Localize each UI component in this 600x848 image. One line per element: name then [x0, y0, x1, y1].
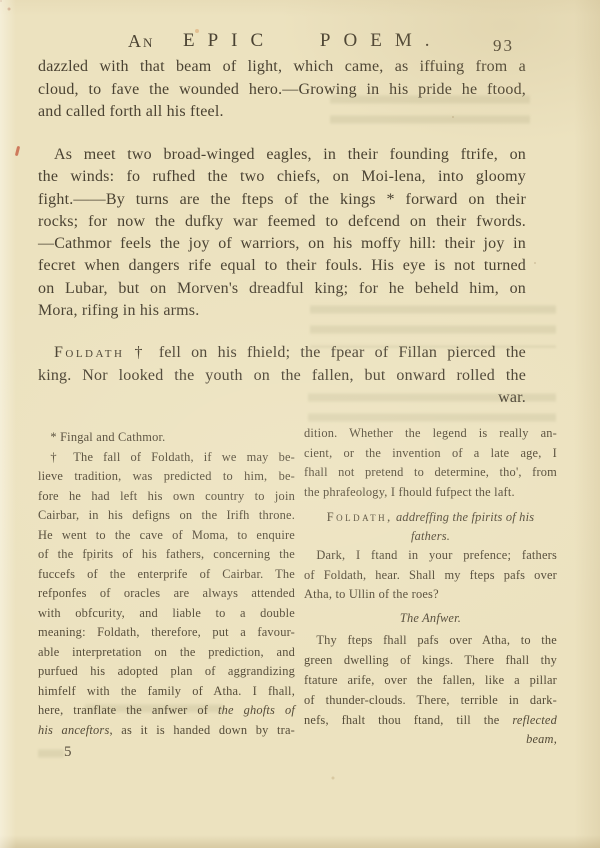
text-line: meaning: Foldath, therefore, put a favou…: [38, 623, 295, 643]
text-line: Foldath † fell on his fhield; the fpear …: [38, 342, 526, 365]
paragraph-1: dazzled with that beam of light, which c…: [38, 56, 526, 124]
text-line: of the fpirits of his fathers, concernin…: [38, 545, 295, 565]
text-line: king. Nor looked the youth on the fallen…: [38, 365, 526, 388]
text-line: the phrafeology, I fhould fufpect the la…: [304, 483, 557, 503]
text-line: —Cathmor feels the joy of warriors, on h…: [38, 233, 526, 255]
bleed-through-text: [38, 742, 64, 760]
paper-specks: [0, 0, 2, 2]
text-line: here, tranflate the anfwer of the ghofts…: [38, 701, 295, 721]
text-line: fecret when dangers rife equal to their …: [38, 255, 526, 277]
page-number: 93: [493, 36, 514, 56]
catchword: beam,: [304, 730, 557, 749]
speech-paragraph: Dark, I ftand in your prefence; fatherso…: [304, 546, 557, 605]
red-proof-mark: [15, 146, 20, 156]
book-page-scan: An EPIC POEM. 93 dazzled with that beam …: [0, 0, 600, 848]
answer-heading: The Anfwer.: [304, 608, 557, 628]
text-line: on Lubar, but on Morven's dreadful king;…: [38, 278, 526, 300]
text-line: Thy fteps fhall pafs over Atha, to the: [304, 630, 557, 650]
text-line: fore he had left his own country to join: [38, 487, 295, 507]
footnote-right-column: dition. Whether the legend is really an-…: [304, 424, 557, 749]
text-line: fhall not pretend to determine, tho', fr…: [304, 463, 557, 483]
text-line: fathers.: [304, 527, 557, 546]
text-line: dazzled with that beam of light, which c…: [38, 56, 526, 79]
text-line: able interpretation on the prediction, a…: [38, 643, 295, 663]
speech-heading: Foldath, addreffing the fpirits of hisfa…: [304, 508, 557, 546]
text-line: cloud, to fave the wounded hero.—Growing…: [38, 79, 526, 102]
signature-mark: 5: [64, 744, 72, 761]
paragraph-3: Foldath † fell on his fhield; the fpear …: [38, 342, 526, 410]
text-line: * Fingal and Cathmor.: [38, 428, 295, 448]
text-line: † The fall of Foldath, if we may be-: [38, 448, 295, 468]
text-line: fight.——By turns are the fteps of the ki…: [38, 189, 526, 211]
text-line: and called forth all his fteel.: [38, 101, 526, 124]
text-line: of thunder-clouds. There, terrible in da…: [304, 690, 557, 710]
text-line: Mora, rifing in his arms.: [38, 300, 526, 322]
text-line: refponfes of oracles are always attended: [38, 584, 295, 604]
text-line: beam,: [304, 730, 557, 749]
text-line: cient, or the invention of a late age, I: [304, 444, 557, 464]
text-line: green dwelling of kings. There fhall thy: [304, 650, 557, 670]
text-line: nefs, fhalt thou ftand, till the reflect…: [304, 710, 557, 730]
footnote-left-column: * Fingal and Cathmor. † The fall of Fold…: [38, 428, 295, 740]
text-line: Cairbar, in his defigns on the Irifh thr…: [38, 506, 295, 526]
text-line: Atha, to Ullin of the roes?: [304, 585, 557, 605]
text-line: dition. Whether the legend is really an-: [304, 424, 557, 444]
footnote-dagger-continuation: dition. Whether the legend is really an-…: [304, 424, 557, 502]
text-line: war.: [38, 387, 526, 410]
text-line: ftature arife, over the fallen, like a p…: [304, 670, 557, 690]
paragraph-2: As meet two broad-winged eagles, in thei…: [38, 144, 526, 322]
text-line: his anceftors, as it is handed down by t…: [38, 721, 295, 741]
text-line: Foldath, addreffing the fpirits of his: [304, 508, 557, 527]
text-line: lieve tradition, was predicted to him, b…: [38, 467, 295, 487]
footnote-star: * Fingal and Cathmor.: [38, 428, 295, 448]
text-line: himfelf with the family of Atha. I fhall…: [38, 682, 295, 702]
text-line: the winds: fo rufhed the two chiefs, on …: [38, 166, 526, 188]
text-line: As meet two broad-winged eagles, in thei…: [38, 144, 526, 166]
answer-paragraph: Thy fteps fhall pafs over Atha, to thegr…: [304, 630, 557, 730]
text-line: The Anfwer.: [304, 608, 557, 628]
running-title: EPIC POEM.: [183, 30, 442, 52]
running-title-article: An: [128, 31, 154, 52]
text-line: purfued his adopted plan of aggrandizing: [38, 662, 295, 682]
text-line: rocks; for now the dufky war feemed to d…: [38, 211, 526, 233]
text-line: Dark, I ftand in your prefence; fathers: [304, 546, 557, 566]
text-line: fuccefs of the enterprife of Cairbar. Th…: [38, 565, 295, 585]
text-line: He went to the cave of Moma, to enquire: [38, 526, 295, 546]
text-line: with obfcurity, and liable to a double: [38, 604, 295, 624]
footnote-dagger: † The fall of Foldath, if we may be-liev…: [38, 448, 295, 741]
text-line: of Foldath, hear. Shall my fteps pafs ov…: [304, 566, 557, 586]
